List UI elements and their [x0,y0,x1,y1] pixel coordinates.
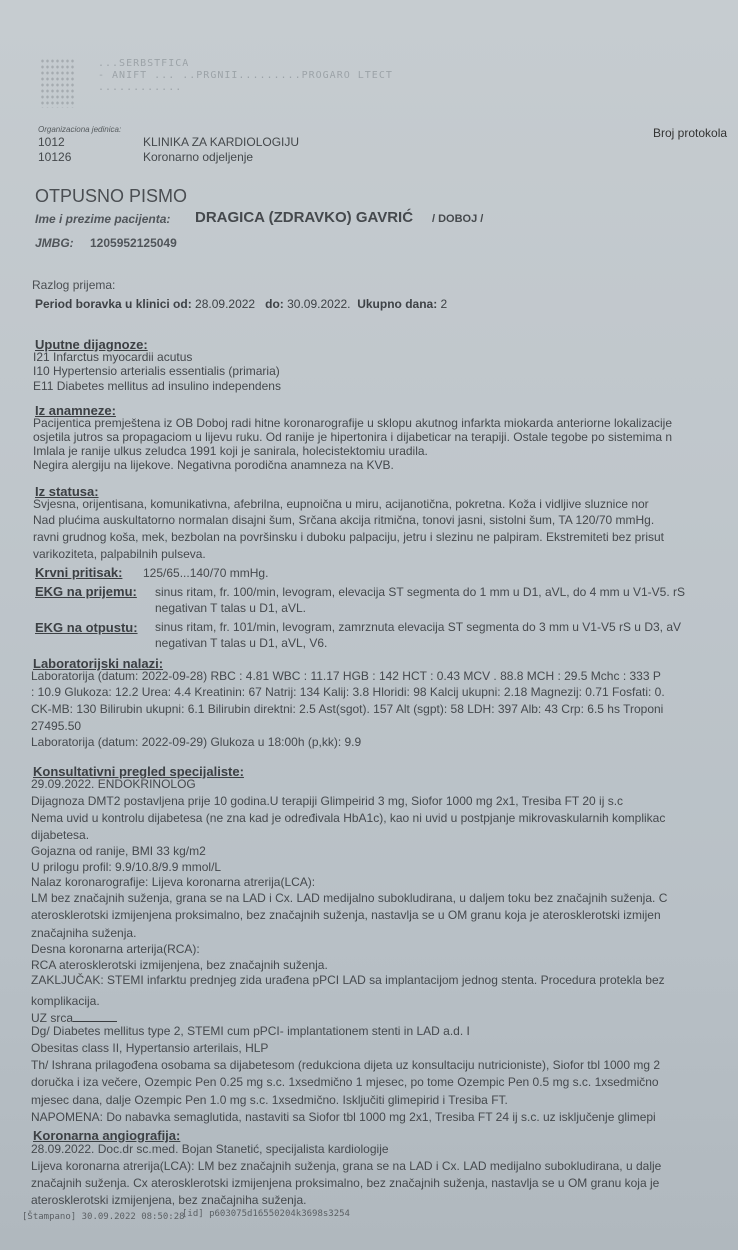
consult-line: 29.09.2022. ENDOKRINOLOG [31,777,196,791]
stay-from-date: 28.09.2022 [195,297,255,311]
anamnesis-line: osjetila jutros sa propagaciom u lijevu … [33,430,672,444]
jmbg-value: 1205952125049 [90,236,177,250]
consult-line: Gojazna od ranije, BMI 33 kg/m2 [31,844,206,858]
diagnosis-item: I21 Infarctus myocardii acutus [33,350,192,364]
document-title: OTPUSNO PISMO [35,186,187,207]
angiography-line: značajnih suženja. Cx aterosklerotski iz… [31,1176,659,1190]
admission-reason-label: Razlog prijema: [32,278,115,292]
patient-name-label: Ime i prezime pacijenta: [35,212,170,226]
jmbg-label: JMBG: [35,236,74,250]
ekg-admission-line: sinus ritam, fr. 100/min, levogram, elev… [155,585,685,599]
consult-line: Dijagnoza DMT2 postavljena prije 10 godi… [31,794,623,808]
letterhead-line-3: ............ [98,82,393,94]
document-id: [id] p603075d16550204k3698s3254 [182,1209,350,1219]
uz-srca-blank [73,1011,117,1022]
anamnesis-line: Imlala je ranije ulkus zeludca 1991 koji… [33,444,428,458]
anamnesis-line: Negira alergiju na lijekove. Negativna p… [33,458,394,472]
patient-name: DRAGICA (ZDRAVKO) GAVRIĆ [195,209,413,226]
status-line: ravni grudnog koša, mek, bezbolan na pov… [33,530,664,544]
org-unit-row: 1012 KLINIKA ZA KARDIOLOGIJU [0,135,600,151]
lab-line: Laboratorija (datum: 2022-09-29) Glukoza… [31,735,361,749]
stay-days-label: Ukupno dana: [357,297,437,311]
consult-line: Desna koronarna arterija(RCA): [31,942,200,956]
lab-line: 27495.50 [31,719,81,733]
lab-line: Laboratorija (datum: 2022-09-28) RBC : 4… [31,669,661,683]
org-unit-row: 10126 Koronarno odjeljenje [0,150,600,166]
consult-line: RCA aterosklerotski izmijenjena, bez zna… [31,958,328,972]
status-line: Nad plućima auskultatorno normalan disaj… [33,513,654,527]
status-line: Svjesna, orijentisana, komunikativna, af… [33,497,649,511]
org-unit-label: Organizaciona jedinica: [38,125,121,134]
consult-line: doručka i iza večere, Ozempic Pen 0.25 m… [31,1075,659,1089]
ekg-discharge-label: EKG na otpustu: [35,620,138,635]
consult-line: značajniha suženja. [31,926,136,940]
angiography-line: Lijeva koronarna atrerija(LCA): LM bez z… [31,1159,661,1173]
discharge-letter-page: ...SERBSTFICA - ANIFT ... ..PRGNII......… [0,0,738,1250]
consult-line: aterosklerotski izmijenjena proksimalno,… [31,908,661,922]
consult-line: dijabetesa. [31,828,89,842]
stay-to-date: 30.09.2022. [287,297,350,311]
consult-line: Nema uvid u kontrolu dijabetesa (ne zna … [31,811,665,825]
consult-line: Nalaz koronarografije: Lijeva koronarna … [31,875,315,889]
consult-line: LM bez značajnih suženja, grana se na LA… [31,891,667,905]
ekg-admission-label: EKG na prijemu: [35,584,137,599]
ekg-admission-line: negativan T talas u D1, aVL. [155,601,306,615]
anamnesis-line: Pacijentica premještena iz OB Doboj radi… [33,416,672,430]
stay-from-label: Period boravka u klinici od: [35,297,192,311]
ekg-discharge-line: negativan T talas u D1, aVL, V6. [155,636,327,650]
diagnosis-item: E11 Diabetes mellitus ad insulino indepe… [33,379,281,393]
stay-to-label: do: [265,297,284,311]
lab-line: CK-MB: 130 Bilirubin ukupni: 6.1 Bilirub… [31,702,663,716]
consult-line: ZAKLJUČAK: STEMI infarktu prednjeg zida … [31,973,665,987]
angiography-heading: Koronarna angiografija: [33,1128,180,1143]
consult-line: U prilogu profil: 9.9/10.8/9.9 mmol/L [31,860,221,874]
stay-period: Period boravka u klinici od: 28.09.2022 … [35,297,447,311]
institution-emblem-icon [40,58,76,108]
printed-timestamp: [Štampano] 30.09.2022 08:50:28 [22,1212,185,1222]
protocol-number-label: Broj protokola [653,126,727,140]
patient-city: / DOBOJ / [432,213,483,225]
letterhead-line-1: ...SERBSTFICA [98,58,393,70]
consult-line: Dg/ Diabetes mellitus type 2, STEMI cum … [31,1024,470,1038]
blood-pressure-label: Krvni pritisak: [35,565,122,580]
diagnosis-item: I10 Hypertensio arterialis essentialis (… [33,364,280,378]
letterhead-line-2: - ANIFT ... ..PRGNII.........PROGARO LTE… [98,70,393,82]
org-unit-code: 1012 [38,135,65,149]
uz-srca-label: UZ srca [31,1011,73,1025]
consult-line: Obesitas class II, Hypertansio arterilai… [31,1041,268,1055]
uz-srca-line: UZ srca [31,1011,117,1025]
consult-line: mjesec dana, dalje Ozempic Pen 1.0 mg s.… [31,1093,508,1107]
org-unit-code: 10126 [38,150,71,164]
consult-line: Th/ Ishrana prilagođena osobama sa dijab… [31,1058,660,1072]
consult-line: NAPOMENA: Do nabavka semaglutida, nastav… [31,1110,656,1124]
status-line: varikoziteta, palpabilnih pulseva. [33,547,206,561]
blood-pressure-value: 125/65...140/70 mmHg. [143,566,268,580]
lab-line: : 10.9 Glukoza: 12.2 Urea: 4.4 Kreatinin… [31,685,665,699]
org-unit-name: Koronarno odjeljenje [143,150,253,164]
org-unit-name: KLINIKA ZA KARDIOLOGIJU [143,135,299,149]
consult-line: komplikacija. [31,994,100,1008]
ekg-discharge-line: sinus ritam, fr. 101/min, levogram, zamr… [155,620,681,634]
angiography-line: 28.09.2022. Doc.dr sc.med. Bojan Staneti… [31,1142,389,1156]
stay-days-value: 2 [441,297,448,311]
angiography-line: aterosklerotski izmijenjena, bez značajn… [31,1193,306,1207]
